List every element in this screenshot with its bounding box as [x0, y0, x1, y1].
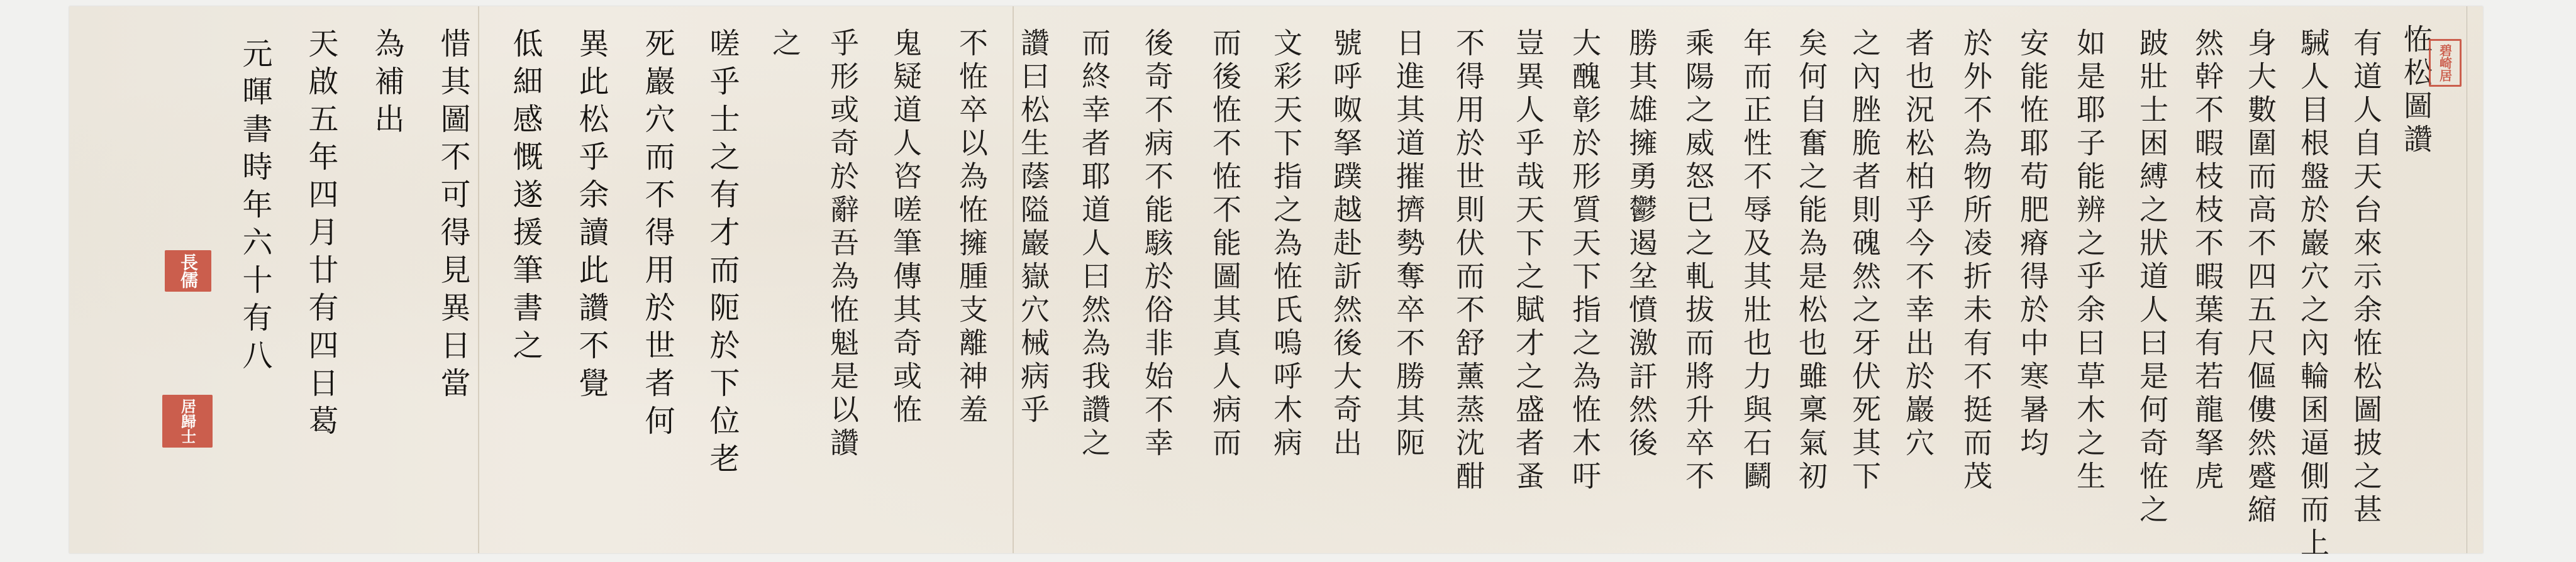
colophon-column: 異此松乎余讀此讚不覺 [576, 28, 606, 405]
text-column: 後奇不病不能駭於俗非始不幸 [1143, 28, 1172, 461]
colophon-column: 低細感慨遂援筆書之 [510, 28, 540, 367]
text-column: 讚曰松生蔭隘巖嶽穴械病乎 [1019, 28, 1048, 427]
colophon-column: 嗟乎士之有才而阨於下位老 [707, 28, 737, 480]
text-column: 不恠卒以為恠擁腫支離神羞 [957, 28, 986, 427]
text-column: 乎形或奇於辭吾為恠魁是以讚 [828, 28, 857, 461]
name-seal: 長儒 [165, 250, 211, 292]
text-column: 不得用於世則伏而不舒薰蒸沈酣 [1454, 28, 1483, 494]
text-column: 豈異人乎哉天下之賦才之盛者蚤 [1514, 28, 1543, 494]
text-column: 身大數圍而高不四五尺傴僂然蹙縮 [2246, 28, 2275, 527]
text-column: 乘陽之威怒已之軋拔而將升卒不 [1684, 28, 1713, 494]
colophon-column: 為補出 [372, 28, 402, 141]
text-column: 日進其道摧擠勢奪卒不勝其阨 [1394, 28, 1423, 461]
paper-seam [478, 6, 479, 553]
text-column: 於外不為物所凌折未有不挺而茂 [1962, 28, 1990, 494]
colophon-column: 元暉書時年六十有八 [240, 38, 270, 377]
text-column: 文彩天下指之為恠氏嗚呼木病 [1272, 28, 1301, 461]
text-column: 如是耶子能辨之乎余曰草木之生 [2075, 28, 2104, 494]
paper-seam [1013, 6, 1014, 553]
text-column: 之內脞脆者則磈然之牙伏死其下 [1850, 28, 1879, 494]
scroll-edge-line [2467, 6, 2467, 553]
text-column: 跛壯士困縛之狀道人曰是何奇恠之 [2138, 28, 2167, 527]
colophon-column: 死巖穴而不得用於世者何 [642, 28, 672, 443]
text-column: 安能恠耶苟肥瘠得於中寒暑均 [2018, 28, 2047, 461]
text-column: 勝其雄擁勇鬱遏坌憤激訐然後 [1627, 28, 1656, 461]
text-column: 矣何自奮之能為是松也雖稟氣初 [1797, 28, 1826, 494]
title-column: 恠松圖讚 [2402, 24, 2431, 157]
head-seal: 碧崎居 [2429, 39, 2462, 87]
text-column: 駴人目根盤於巖穴之內輪囷逼側而上 [2299, 28, 2328, 561]
text-column: 然幹不暇枝枝不暇葉有若龍拏虎 [2193, 28, 2222, 494]
colophon-column: 天啟五年四月廿有四日葛 [306, 28, 336, 443]
text-column: 年而正性不辱及其壯也力與石鬬 [1741, 28, 1770, 494]
text-column: 之 [770, 28, 799, 61]
colophon-column: 惜其圖不可得見異日當 [438, 28, 468, 405]
text-column: 鬼疑道人咨嗟筆傳其奇或恠 [891, 28, 920, 427]
text-column: 而後恠不恠不能圖其真人病而 [1211, 28, 1240, 461]
text-column: 者也況松柏乎今不幸出於巖穴 [1904, 28, 1933, 461]
text-column: 有道人自天台來示余恠松圖披之甚 [2351, 28, 2380, 527]
studio-seal: 居歸士 [162, 395, 213, 448]
text-column: 大醜彰於形質天下指之為恠木吁 [1570, 28, 1599, 494]
text-column: 而終幸者耶道人曰然為我讚之 [1080, 28, 1109, 461]
text-column: 號呼呶拏蹼越赴訢然後大奇出 [1331, 28, 1360, 461]
